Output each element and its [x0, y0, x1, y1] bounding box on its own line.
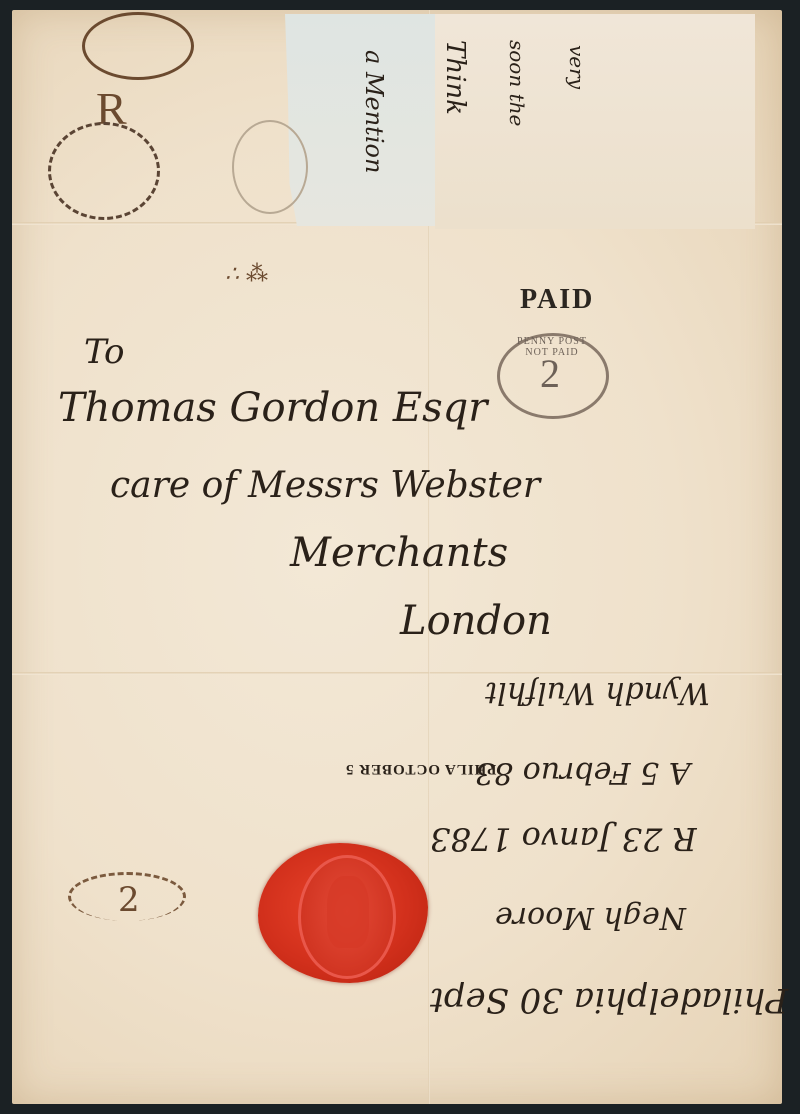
flap-text-col2: Think — [440, 40, 470, 115]
paid-handstamp: PAID — [520, 284, 594, 316]
address-to: To — [84, 332, 125, 372]
penny-post-numeral: 2 — [540, 350, 561, 397]
phila-october-handstamp: PHILA OCTOBER 5 — [345, 760, 496, 777]
red-wax-seal — [258, 843, 428, 983]
docket-line-1: Philadelphia 30 Sept — [430, 980, 788, 1020]
inner-flap-right — [435, 14, 755, 229]
rate-mark-numeral: 2 — [118, 880, 140, 920]
docket-line-4: A 5 Februo 83 — [475, 755, 690, 790]
faint-oval-mark — [232, 120, 308, 214]
flap-text-col4: very — [565, 45, 589, 89]
docket-line-3: R 23 Janvo 1783 — [430, 820, 697, 858]
docket-line-5: Wyndh Wulfhlt — [485, 675, 710, 710]
flap-text-col3: soon the — [505, 40, 529, 126]
seal-oval-impression — [298, 855, 396, 979]
address-occupation: Merchants — [290, 530, 508, 576]
address-care-of: care of Messrs Webster — [110, 465, 540, 506]
seal-portrait-bust-icon — [327, 876, 369, 948]
crown-circle-mark — [82, 12, 194, 80]
flap-text-col1: a Mention — [360, 50, 388, 173]
address-name: Thomas Gordon Esqr — [58, 385, 487, 431]
address-city: London — [400, 598, 552, 644]
faint-circular-datestamp — [48, 122, 160, 220]
docket-line-2: Negh Moore — [495, 900, 686, 935]
manuscript-dots-mark: ∴ ⁂ — [225, 262, 268, 287]
